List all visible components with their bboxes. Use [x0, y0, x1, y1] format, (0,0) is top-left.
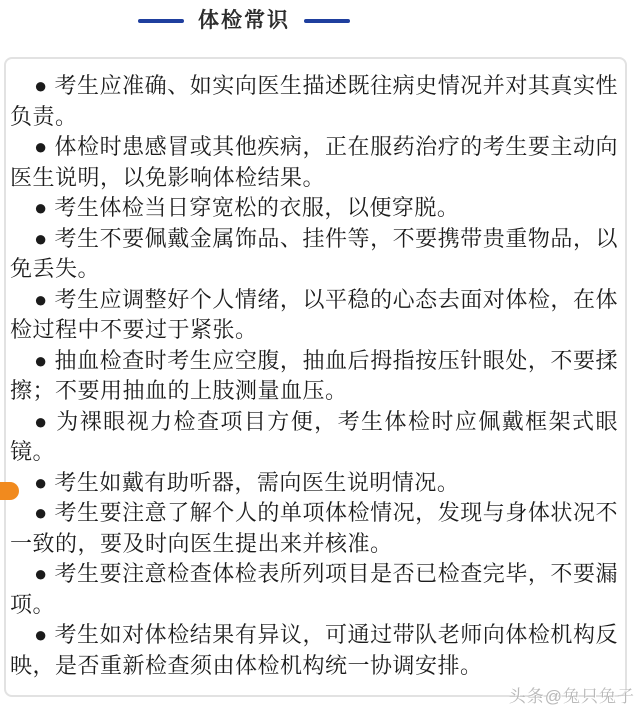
- tip-item: ● 考生要注意检查体检表所列项目是否已检查完毕，不要漏项。: [10, 559, 618, 620]
- tip-item: ● 考生如对体检结果有异议，可通过带队老师向体检机构反映，是否重新检查须由体检机…: [10, 620, 618, 681]
- page-title: 体检常识: [198, 8, 290, 34]
- tip-item: ● 考生不要佩戴金属饰品、挂件等，不要携带贵重物品，以免丢失。: [10, 224, 618, 285]
- tip-item: ● 考生要注意了解个人的单项体检情况，发现与身体状况不一致的，要及时向医生提出来…: [10, 498, 618, 559]
- title-dash-right-icon: [304, 19, 350, 23]
- tip-item: ● 考生体检当日穿宽松的衣服，以便穿脱。: [10, 193, 618, 224]
- tip-item: ● 体检时患感冒或其他疾病，正在服药治疗的考生要主动向医生说明，以免影响体检结果…: [10, 132, 618, 193]
- header: 体检常识: [138, 8, 350, 34]
- watermark: 头条@兔只兔子: [509, 682, 635, 707]
- tip-item: ● 考生如戴有助听器，需向医生说明情况。: [10, 468, 618, 499]
- page: 体检常识 ● 考生应准确、如实向医生描述既往病史情况并对其真实性负责。● 体检时…: [0, 0, 640, 713]
- tip-item: ● 考生应准确、如实向医生描述既往病史情况并对其真实性负责。: [10, 71, 618, 132]
- tip-item: ● 考生应调整好个人情绪，以平稳的心态去面对体检，在体检过程中不要过于紧张。: [10, 285, 618, 346]
- tip-item: ● 抽血检查时考生应空腹，抽血后拇指按压针眼处，不要揉擦；不要用抽血的上肢测量血…: [10, 346, 618, 407]
- tip-item: ● 为裸眼视力检查项目方便，考生体检时应佩戴框架式眼镜。: [10, 407, 618, 468]
- tips-list: ● 考生应准确、如实向医生描述既往病史情况并对其真实性负责。● 体检时患感冒或其…: [10, 71, 618, 681]
- orange-highlight-tab-icon: [0, 482, 19, 500]
- tips-card: ● 考生应准确、如实向医生描述既往病史情况并对其真实性负责。● 体检时患感冒或其…: [4, 57, 627, 697]
- title-dash-left-icon: [138, 19, 184, 23]
